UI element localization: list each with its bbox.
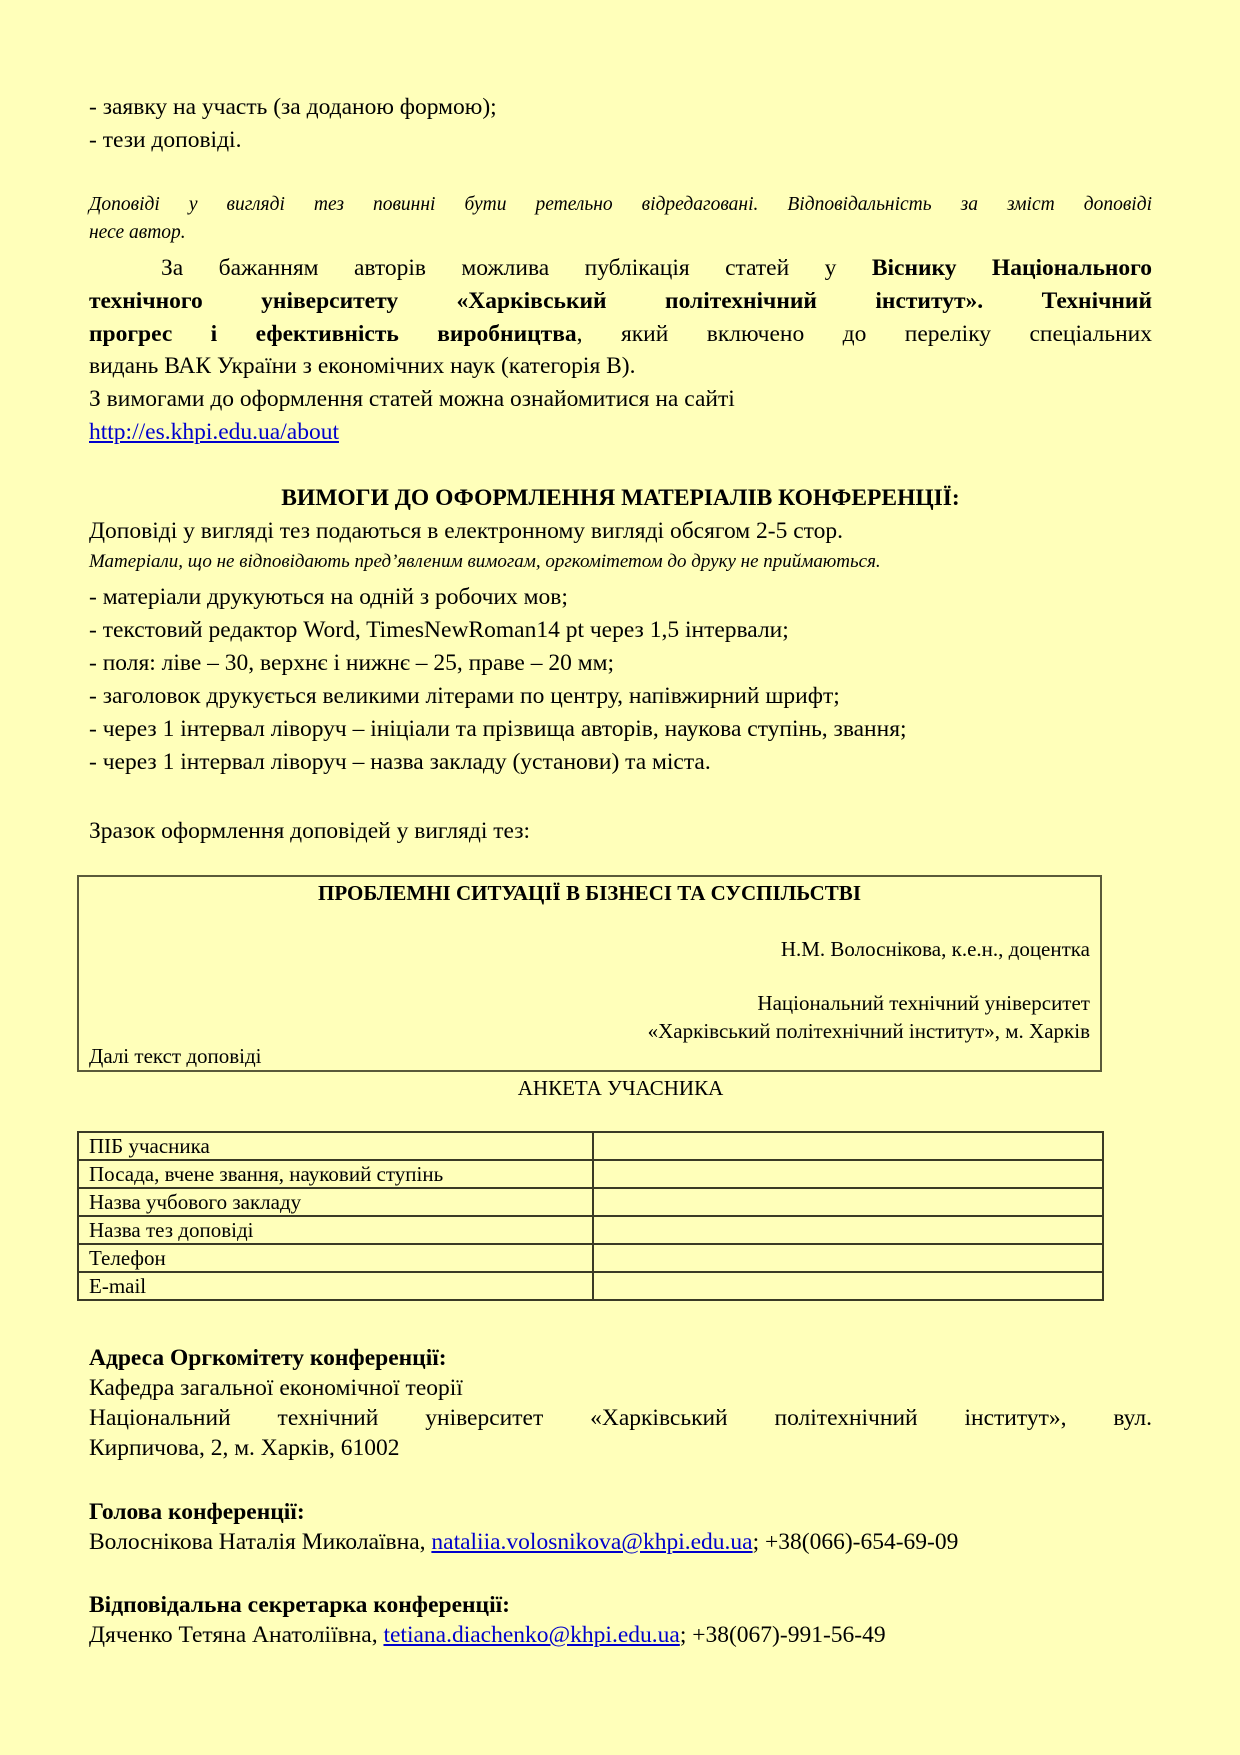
sample-institution-line1: Національний технічний університет	[757, 989, 1090, 1017]
journal-name-text: прогрес і ефективність виробництва	[89, 321, 577, 347]
requirement-item: - текстовий редактор Word, TimesNewRoman…	[89, 615, 789, 645]
address-heading: Адреса Оргкомітету конференції:	[89, 1343, 447, 1373]
form-title: АНКЕТА УЧАСНИКА	[89, 1074, 1152, 1102]
chair-email-link[interactable]: nataliia.volosnikova@khpi.edu.ua	[431, 1529, 752, 1555]
requirement-item: - через 1 інтервал ліворуч – ініціали та…	[89, 714, 907, 744]
form-field-value[interactable]	[593, 1188, 1103, 1216]
publication-line: За бажанням авторів можлива публікація с…	[89, 252, 1152, 285]
form-row: E-mail	[78, 1272, 1103, 1300]
requirements-heading: ВИМОГИ ДО ОФОРМЛЕННЯ МАТЕРІАЛІВ КОНФЕРЕН…	[89, 483, 1152, 513]
publication-text: За бажанням авторів можлива публікація с…	[161, 255, 872, 281]
form-field-value[interactable]	[593, 1132, 1103, 1160]
requirements-intro: З вимогами до оформлення статей можна оз…	[89, 384, 735, 414]
form-field-value[interactable]	[593, 1160, 1103, 1188]
editorial-note-line2: несе автор.	[89, 220, 186, 246]
requirement-item: - заголовок друкується великими літерами…	[89, 681, 840, 711]
form-field-value[interactable]	[593, 1216, 1103, 1244]
intro-item: - тези доповіді.	[89, 125, 241, 155]
publication-text: , який включено до переліку спеціальних	[577, 321, 1152, 347]
sample-institution-line2: «Харківський політехнічний інститут», м.…	[648, 1017, 1090, 1045]
form-row: Назва тез доповіді	[78, 1216, 1103, 1244]
publication-last-line: видань ВАК України з економічних наук (к…	[89, 351, 636, 381]
requirement-item: - поля: ліве – 30, верхнє і нижнє – 25, …	[89, 648, 614, 678]
secretary-phone: ; +38(067)-991-56-49	[680, 1622, 886, 1648]
requirements-volume: Доповіді у вигляді тез подаються в елект…	[89, 516, 843, 546]
form-field-label: ПІБ учасника	[78, 1132, 593, 1160]
form-field-label: Назва тез доповіді	[78, 1216, 593, 1244]
journal-name-text: технічного університету «Харківський пол…	[89, 288, 1152, 314]
address-department: Кафедра загальної економічної теорії	[89, 1373, 463, 1403]
secretary-name: Дяченко Тетяна Анатоліївна,	[89, 1622, 383, 1648]
publication-line: технічного університету «Харківський пол…	[89, 285, 1152, 318]
form-row: ПІБ учасника	[78, 1132, 1103, 1160]
sample-abstract-box: ПРОБЛЕМНІ СИТУАЦІЇ В БІЗНЕСІ ТА СУСПІЛЬС…	[77, 875, 1102, 1072]
intro-item: - заявку на участь (за доданою формою);	[89, 92, 497, 122]
form-field-value[interactable]	[593, 1244, 1103, 1272]
form-field-label: Телефон	[78, 1244, 593, 1272]
sample-author: Н.М. Волоснікова, к.е.н., доцентка	[781, 935, 1090, 963]
requirements-warning: Матеріали, що не відповідають пред’явлен…	[89, 549, 881, 575]
sample-label: Зразок оформлення доповідей у вигляді те…	[89, 816, 530, 846]
address-street: Кирпичова, 2, м. Харків, 61002	[89, 1433, 400, 1463]
requirement-item: - через 1 інтервал ліворуч – назва закла…	[89, 747, 711, 777]
secretary-email-link[interactable]: tetiana.diachenko@khpi.edu.ua	[383, 1622, 679, 1648]
chair-phone: ; +38(066)-654-69-09	[753, 1529, 959, 1555]
requirement-item: - матеріали друкуються на одній з робочи…	[89, 582, 568, 612]
journal-link[interactable]: http://es.khpi.edu.ua/about	[89, 419, 339, 445]
form-row: Посада, вчене звання, науковий ступінь	[78, 1160, 1103, 1188]
form-field-label: Назва учбового закладу	[78, 1188, 593, 1216]
secretary-contact: Дяченко Тетяна Анатоліївна, tetiana.diac…	[89, 1620, 886, 1650]
form-row: Телефон	[78, 1244, 1103, 1272]
form-row: Назва учбового закладу	[78, 1188, 1103, 1216]
secretary-heading: Відповідальна секретарка конференції:	[89, 1590, 510, 1620]
chair-contact: Волоснікова Наталія Миколаївна, nataliia…	[89, 1527, 958, 1557]
form-field-value[interactable]	[593, 1272, 1103, 1300]
form-field-label: E-mail	[78, 1272, 593, 1300]
chair-heading: Голова конференції:	[89, 1497, 305, 1527]
editorial-note-line1: Доповіді у вигляді тез повинні бути рете…	[89, 192, 1152, 218]
journal-name-text: Віснику Національного	[872, 255, 1152, 281]
participant-form-table: ПІБ учасникаПосада, вчене звання, науков…	[77, 1131, 1104, 1301]
sample-title: ПРОБЛЕМНІ СИТУАЦІЇ В БІЗНЕСІ ТА СУСПІЛЬС…	[79, 879, 1100, 907]
chair-name: Волоснікова Наталія Миколаївна,	[89, 1529, 431, 1555]
sample-body: Далі текст доповіді	[89, 1042, 262, 1070]
address-university: Національний технічний університет «Харк…	[89, 1403, 1152, 1433]
form-field-label: Посада, вчене звання, науковий ступінь	[78, 1160, 593, 1188]
publication-line: прогрес і ефективність виробництва, який…	[89, 318, 1152, 351]
